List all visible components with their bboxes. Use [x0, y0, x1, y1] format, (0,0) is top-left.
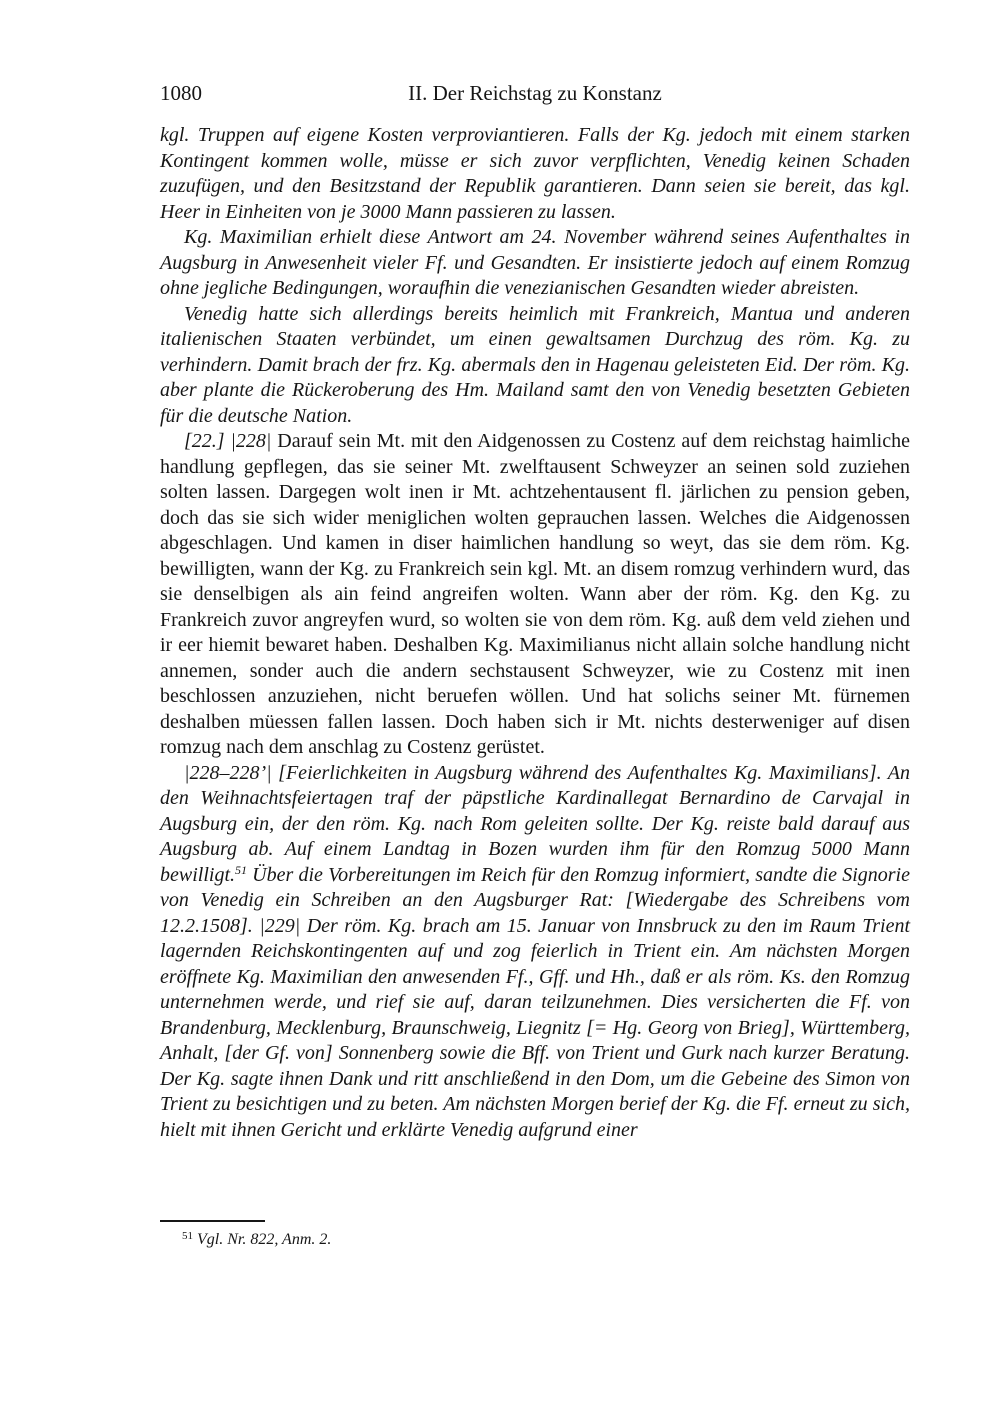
- footnote-marker: 51: [182, 1230, 193, 1242]
- footnote-reference: 51: [235, 863, 247, 877]
- para-truppen-verproviantieren: kgl. Truppen auf eigene Kosten verprovia…: [160, 123, 910, 225]
- footnote: 51Vgl. Nr. 822, Anm. 2.: [160, 1229, 910, 1250]
- text-run: Kg. Maximilian erhielt diese Antwort am …: [160, 226, 910, 299]
- text-run: Venedig hatte sich allerdings bereits he…: [160, 303, 910, 427]
- text-run: [22.] |228|: [184, 430, 277, 452]
- main-text-block: kgl. Truppen auf eigene Kosten verprovia…: [160, 123, 910, 1143]
- text-run: Darauf sein Mt. mit den Aidgenossen zu C…: [160, 430, 910, 758]
- running-head: 1080 II. Der Reichstag zu Konstanz: [160, 82, 910, 104]
- footnote-text: Vgl. Nr. 822, Anm. 2.: [197, 1231, 331, 1248]
- text-column: 1080 II. Der Reichstag zu Konstanz kgl. …: [160, 82, 910, 1143]
- footnote-rule: [160, 1220, 265, 1222]
- running-title: II. Der Reichstag zu Konstanz: [160, 82, 910, 104]
- text-run: kgl. Truppen auf eigene Kosten verprovia…: [160, 124, 910, 223]
- book-page: 1080 II. Der Reichstag zu Konstanz kgl. …: [0, 0, 1004, 1418]
- page-number: 1080: [160, 82, 202, 104]
- footnote-area: 51Vgl. Nr. 822, Anm. 2.: [160, 1220, 910, 1250]
- para-aidgenossen-handlung: [22.] |228| Darauf sein Mt. mit den Aidg…: [160, 429, 910, 761]
- text-run: Über die Vorbereitungen im Reich für den…: [160, 864, 910, 1141]
- para-venedig-buendnis: Venedig hatte sich allerdings bereits he…: [160, 302, 910, 430]
- para-feierlichkeiten-augsburg: |228–228’| [Feierlichkeiten in Augsburg …: [160, 761, 910, 1144]
- para-maximilian-antwort: Kg. Maximilian erhielt diese Antwort am …: [160, 225, 910, 302]
